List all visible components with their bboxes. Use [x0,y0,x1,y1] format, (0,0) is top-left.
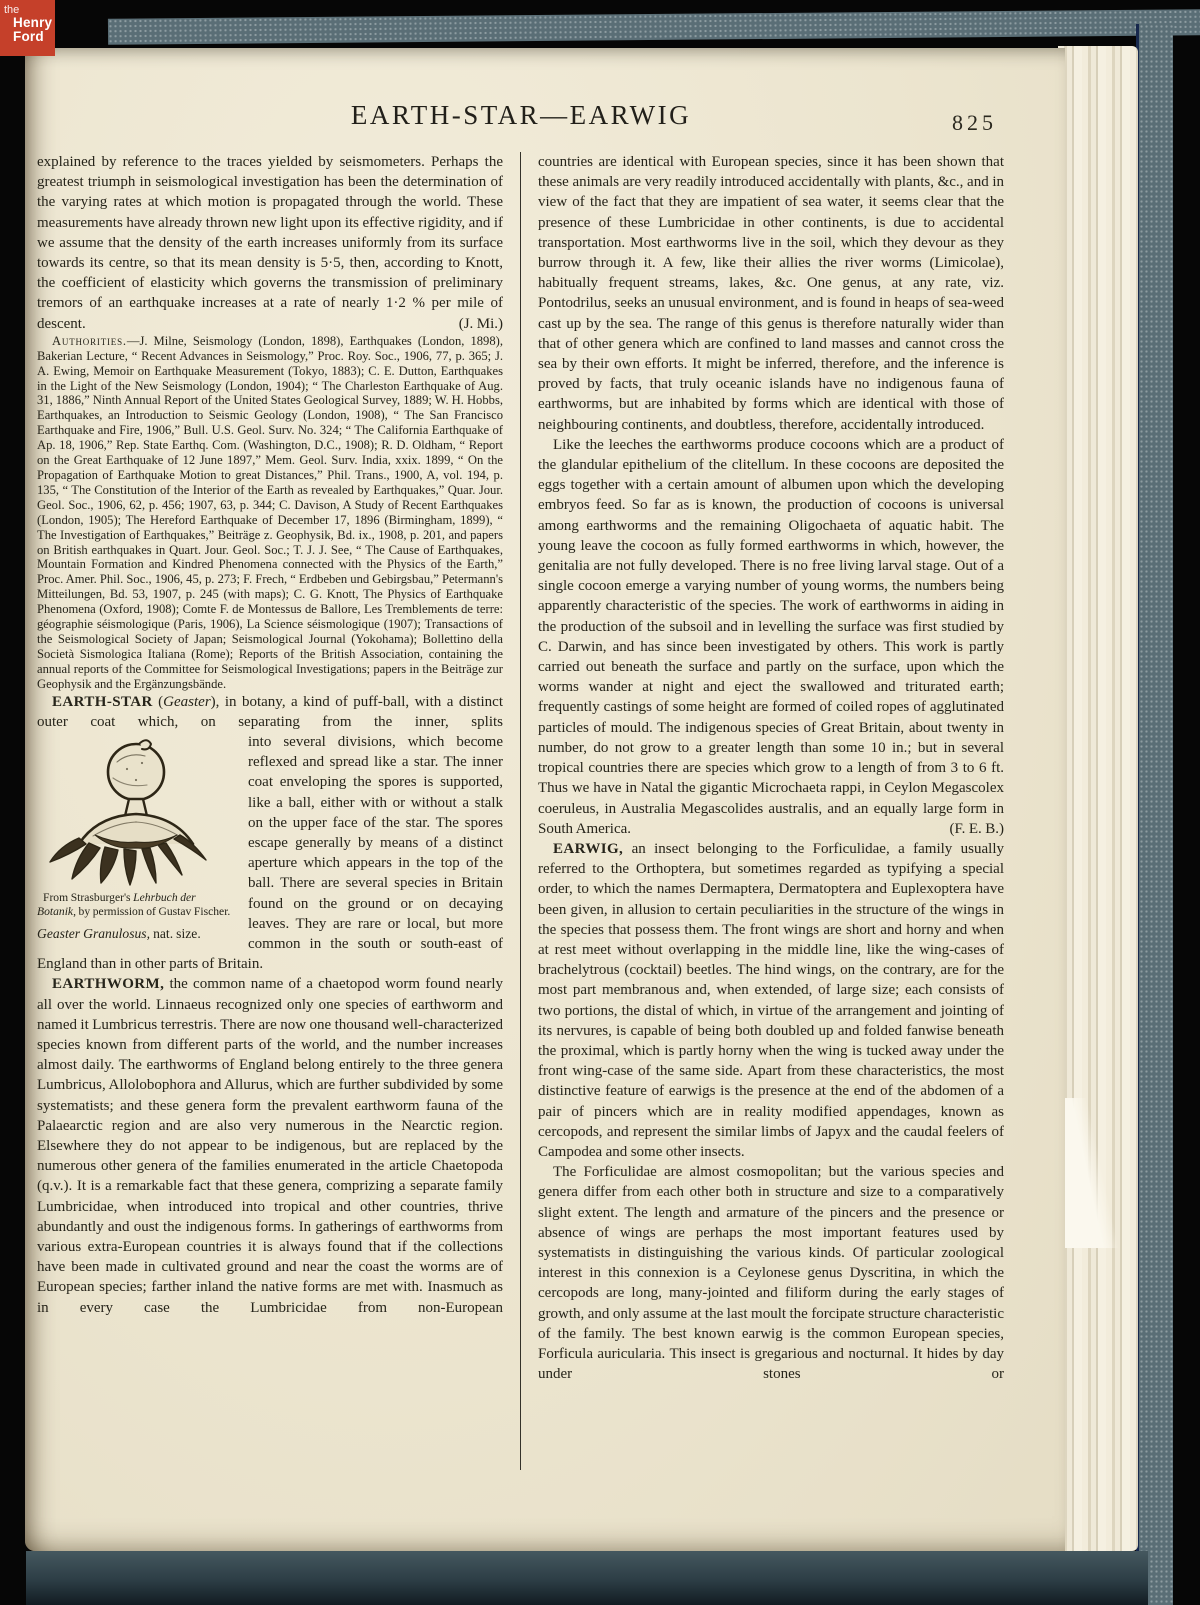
earth-star-fungus-illustration [43,736,229,886]
earwig-headword: EARWIG, [553,841,623,857]
page-content: EARTH-STAR—EARWIG 825 explained by refer… [37,100,1005,1470]
earth-star-headword: EARTH-STAR [52,694,153,710]
authorities-lead: Authorities. [52,334,127,348]
authorities-paragraph: Authorities.—J. Milne, Seismology (Londo… [37,334,503,692]
left-column: explained by reference to the traces yie… [37,152,520,1470]
earth-star-figure: From Strasburger's Lehrbuch der Botanik,… [37,736,235,944]
running-head: EARTH-STAR—EARWIG 825 [37,100,1005,148]
page-number: 825 [952,110,997,136]
earth-star-genus: Geaster [163,694,211,710]
figure-captions: From Strasburger's Lehrbuch der Botanik,… [37,891,235,944]
earth-star-paren: ( [153,694,163,710]
text-columns: explained by reference to the traces yie… [37,152,1005,1470]
author-initials: (J. Mi.) [459,314,503,334]
figure-credit: From Strasburger's Lehrbuch der Botanik,… [37,891,235,918]
earthworm-headword: EARTHWORM, [52,976,164,992]
authorities-text: —J. Milne, Seismology (London, 1898), Ea… [37,334,503,691]
seismology-text: explained by reference to the traces yie… [37,154,503,332]
henry-ford-logo: the Henry Ford [0,0,55,56]
page-title: EARTH-STAR—EARWIG [37,100,1005,131]
earwig-text: an insect belonging to the Forficulidae,… [538,841,1004,1160]
author-initials-feb: (F. E. B.) [935,819,1004,839]
earwig-entry: EARWIG, an insect belonging to the Forfi… [538,839,1004,1162]
seismology-continuation-paragraph: explained by reference to the traces yie… [37,152,503,334]
forficulidae-paragraph: The Forficulidae are almost cosmopolitan… [538,1162,1004,1384]
logo-word-henry: Henry [13,16,55,30]
cocoons-text: Like the leeches the earthworms produce … [538,437,1004,837]
encyclopedia-page: EARTH-STAR—EARWIG 825 explained by refer… [25,48,1065,1551]
logo-word-ford: Ford [13,30,55,44]
cocoons-paragraph: Like the leeches the earthworms produce … [538,435,1004,839]
earth-star-entry-body: From Strasburger's Lehrbuch der Botanik,… [37,732,503,974]
species-name: Geaster Granulosus, [37,926,150,941]
logo-word-the: the [4,5,55,16]
earthworm-entry: EARTHWORM, the common name of a chaetopo… [37,974,503,1317]
book-cover-cloth-right [1136,24,1173,1605]
earthworm-text: the common name of a chaetopod worm foun… [37,976,503,1315]
right-column: countries are identical with European sp… [520,152,1004,1470]
credit-post: , by permission of Gustav Fischer. [73,905,230,918]
species-suffix: nat. size. [150,926,201,941]
book-cover-cloth-top [108,9,1200,45]
book-cover-cloth-bottom [26,1551,1148,1605]
credit-pre: From Strasburger's [43,891,133,904]
page-corner-fold [1062,1098,1128,1248]
earthworm-continuation-paragraph: countries are identical with European sp… [538,152,1004,435]
earth-star-entry-intro: EARTH-STAR (Geaster), in botany, a kind … [37,692,503,732]
page-edges-stack [1058,46,1138,1551]
figure-species-caption: Geaster Granulosus, nat. size. [37,924,235,944]
